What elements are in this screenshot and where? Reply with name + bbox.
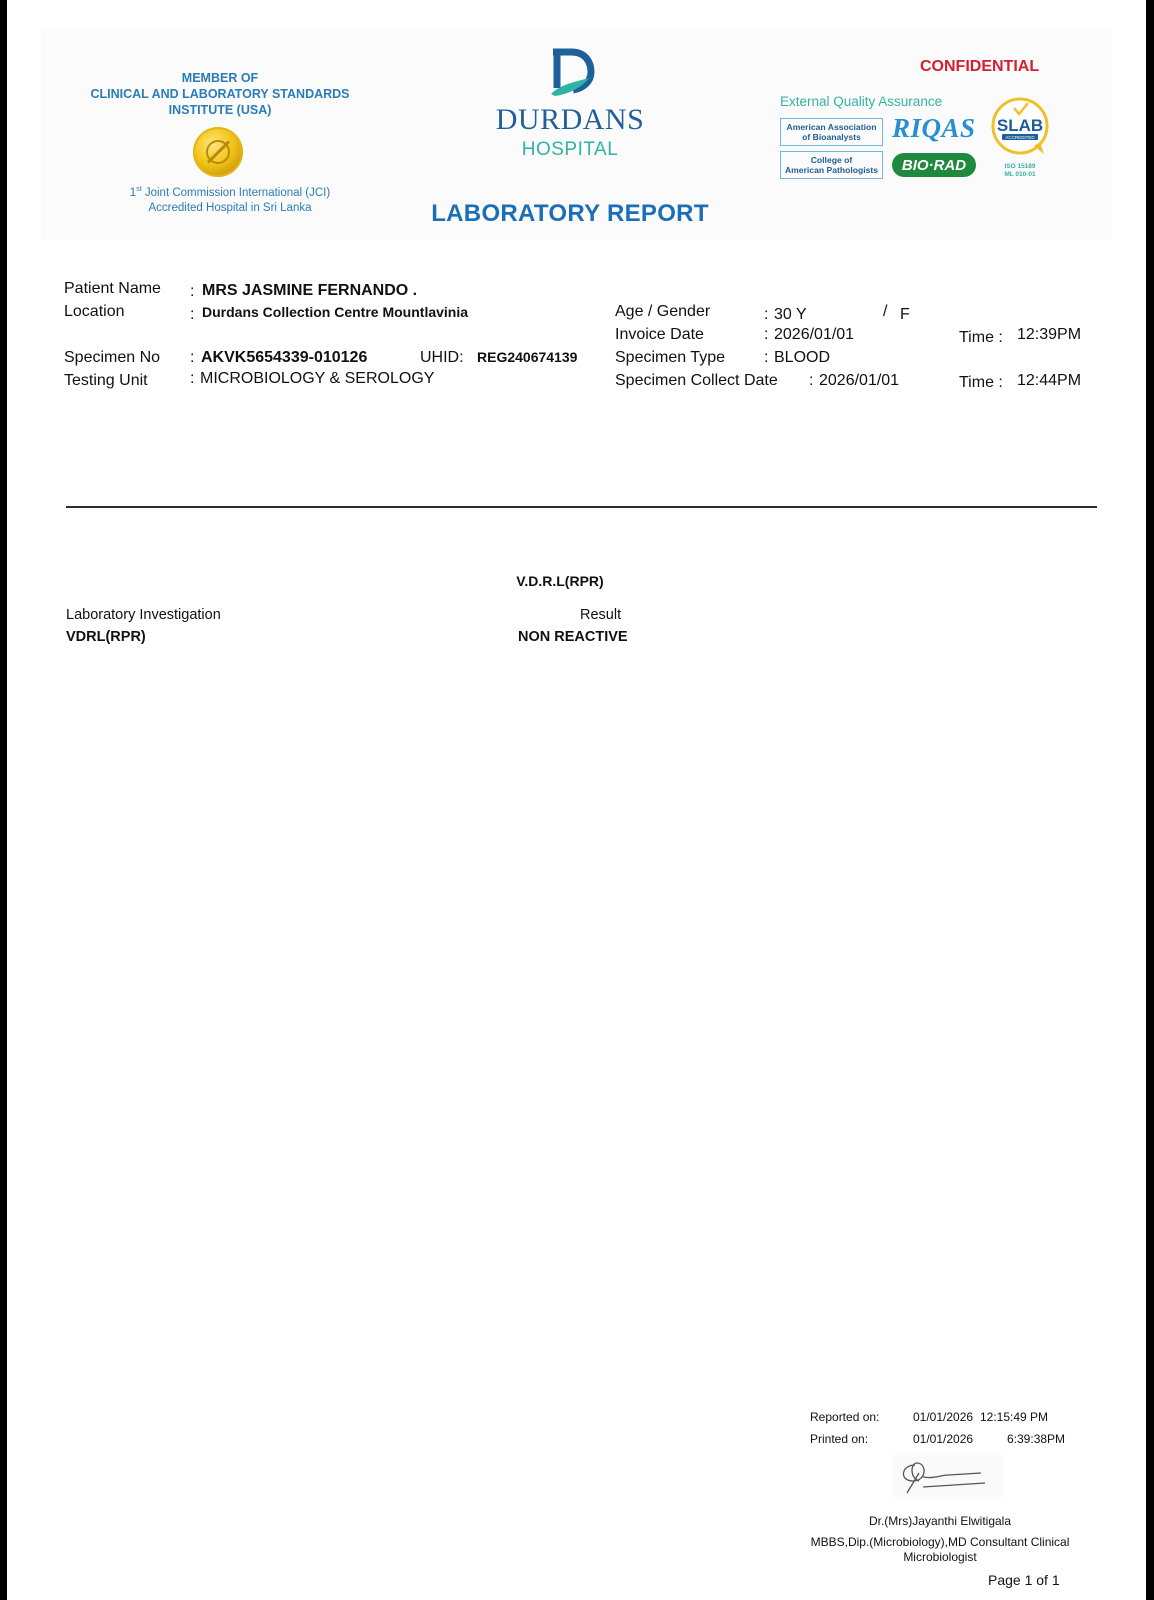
colon: : (190, 283, 194, 301)
collect-time: 12:44PM (1017, 372, 1081, 390)
colon: : (764, 326, 768, 344)
slab-accredited-icon: SLAB ACCREDITED (990, 96, 1050, 156)
testing-unit: MICROBIOLOGY & SEROLOGY (200, 370, 434, 388)
clsi-line: CLINICAL AND LABORATORY STANDARDS (70, 86, 370, 102)
jci-line: Joint Commission International (JCI) (142, 187, 331, 199)
report-title: LABORATORY REPORT (420, 200, 720, 228)
riqas-logo: RIQAS (892, 113, 976, 144)
biorad-logo: BIO·RAD (892, 153, 976, 177)
specimen-no-label: Specimen No (64, 349, 160, 367)
invoice-date: 2026/01/01 (774, 326, 854, 344)
svg-text:ACCREDITED: ACCREDITED (1005, 135, 1035, 140)
eqa-title: External Quality Assurance (780, 94, 942, 109)
cap-line: American Pathologists (785, 165, 878, 175)
uhid-label: UHID: (420, 349, 464, 367)
hospital-name: DURDANS (470, 103, 670, 137)
invoice-time-label: Time : (959, 329, 1003, 347)
aab-line: of Bioanalysts (802, 132, 861, 142)
page-number: Page 1 of 1 (988, 1572, 1060, 1588)
jci-line: Accredited Hospital in Sri Lanka (80, 201, 380, 216)
printed-label: Printed on: (810, 1432, 868, 1446)
result-column-header: Result (580, 607, 621, 623)
reported-date: 01/01/2026 (913, 1410, 973, 1424)
hospital-subtitle: HOSPITAL (470, 139, 670, 161)
iso-line: ML 010-01 (990, 171, 1050, 179)
age-value: 30 Y (774, 306, 807, 324)
printed-time: 6:39:38PM (1007, 1432, 1065, 1446)
collect-date-label: Specimen Collect Date (615, 372, 778, 390)
specimen-no: AKVK5654339-010126 (201, 349, 367, 367)
aab-badge: American Associationof Bioanalysts (780, 118, 883, 146)
clsi-membership: MEMBER OF CLINICAL AND LABORATORY STANDA… (70, 70, 370, 118)
investigation-column-header: Laboratory Investigation (66, 607, 221, 623)
signer-qualifications: MBBS,Dip.(Microbiology),MD Consultant Cl… (800, 1535, 1080, 1565)
colon: : (190, 370, 194, 388)
aab-line: American Association (787, 122, 877, 132)
testing-unit-label: Testing Unit (64, 372, 148, 390)
age-gender-label: Age / Gender (615, 303, 710, 321)
clsi-line: MEMBER OF (70, 70, 370, 86)
investigation-name: VDRL(RPR) (66, 629, 146, 645)
jci-seal-icon (193, 127, 243, 177)
printed-date: 01/01/2026 (913, 1432, 973, 1446)
test-section-title: V.D.R.L(RPR) (460, 573, 660, 589)
cap-badge: College ofAmerican Pathologists (780, 151, 883, 179)
divider (66, 506, 1097, 508)
specimen-type: BLOOD (774, 349, 830, 367)
location-label: Location (64, 303, 125, 321)
colon: : (190, 306, 194, 324)
location-value: Durdans Collection Centre Mountlavinia (202, 304, 468, 320)
invoice-time: 12:39PM (1017, 326, 1081, 344)
colon: : (809, 372, 813, 390)
colon: : (190, 349, 194, 367)
result-value: NON REACTIVE (518, 629, 628, 645)
reported-label: Reported on: (810, 1410, 879, 1424)
signature-image (893, 1455, 1003, 1497)
clsi-line: INSTITUTE (USA) (70, 102, 370, 118)
patient-name: MRS JASMINE FERNANDO . (202, 282, 417, 300)
iso-line: ISO 15189 (990, 163, 1050, 171)
slash: / (883, 303, 887, 321)
signer-name: Dr.(Mrs)Jayanthi Elwitigala (810, 1514, 1070, 1528)
iso-certification: ISO 15189 ML 010-01 (990, 163, 1050, 179)
collect-time-label: Time : (959, 374, 1003, 392)
uhid-value: REG240674139 (477, 349, 577, 365)
colon: : (764, 349, 768, 367)
collect-date: 2026/01/01 (819, 372, 899, 390)
invoice-date-label: Invoice Date (615, 326, 704, 344)
durdans-logo-icon (545, 48, 595, 98)
patient-name-label: Patient Name (64, 280, 161, 298)
svg-text:SLAB: SLAB (997, 116, 1043, 135)
cap-line: College of (811, 155, 853, 165)
report-page (7, 0, 1146, 1600)
confidential-label: CONFIDENTIAL (920, 58, 1039, 76)
colon: : (764, 306, 768, 324)
gender-value: F (900, 306, 910, 324)
reported-time: 12:15:49 PM (980, 1410, 1048, 1424)
specimen-type-label: Specimen Type (615, 349, 725, 367)
biorad-text: BIO·RAD (902, 157, 966, 174)
jci-accreditation: 1st Joint Commission International (JCI)… (80, 182, 380, 216)
